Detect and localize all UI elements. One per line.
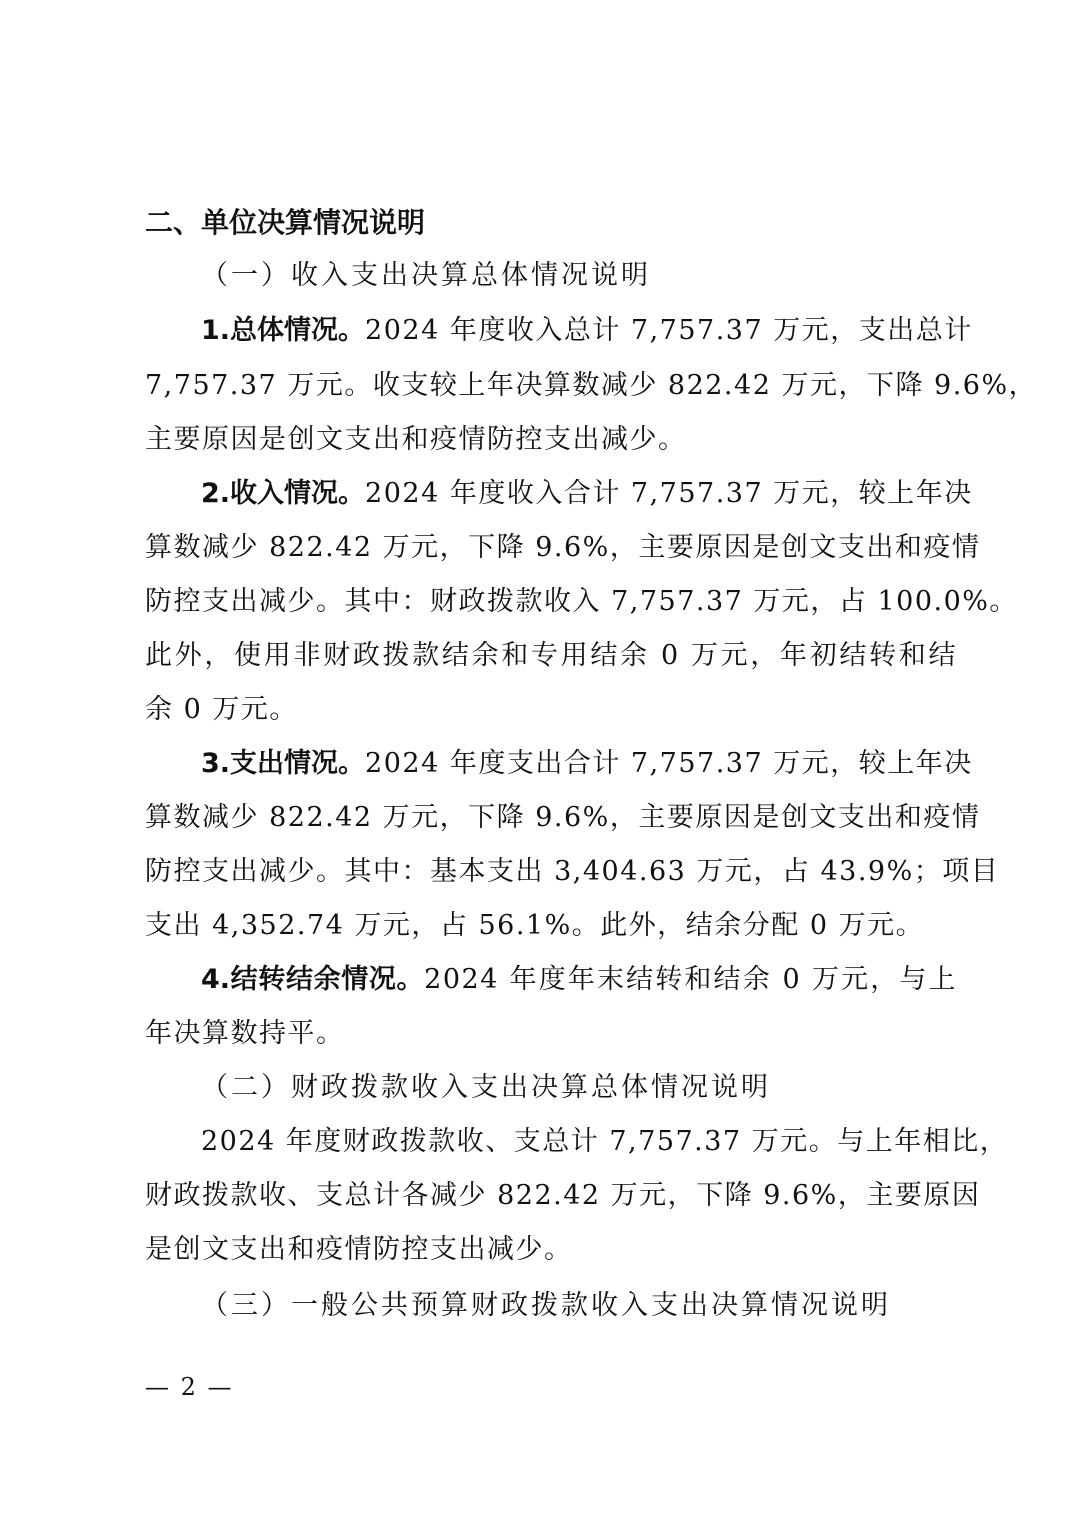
paragraph-label: 3.支出情况。	[201, 748, 365, 779]
paragraph-overall-line-1: 1.总体情况。2024 年度收入总计 7,757.37 万元，支出总计	[201, 313, 957, 349]
paragraph-income-line-1: 2.收入情况。2024 年度收入合计 7,757.37 万元，较上年决	[201, 476, 957, 512]
paragraph-expense-line-3: 防控支出减少。其中：基本支出 3,404.63 万元，占 43.9%；项目	[145, 854, 957, 890]
section-title: 二、单位决算情况说明	[145, 205, 957, 241]
paragraph-carryover-line-1: 4.结转结余情况。2024 年度年末结转和结余 0 万元，与上	[201, 962, 957, 998]
paragraph-fiscal-line-2: 财政拨款收、支总计各减少 822.42 万元，下降 9.6%，主要原因	[145, 1178, 957, 1214]
paragraph-income-line-5: 余 0 万元。	[145, 692, 957, 728]
paragraph-fiscal-line-1: 2024 年度财政拨款收、支总计 7,757.37 万元。与上年相比，	[201, 1124, 957, 1160]
document-page: 二、单位决算情况说明 （一）收入支出决算总体情况说明 1.总体情况。2024 年…	[0, 0, 1074, 1520]
paragraph-expense-line-2: 算数减少 822.42 万元，下降 9.6%，主要原因是创文支出和疫情	[145, 800, 957, 836]
paragraph-income-line-2: 算数减少 822.42 万元，下降 9.6%，主要原因是创文支出和疫情	[145, 530, 957, 566]
paragraph-income-line-3: 防控支出减少。其中：财政拨款收入 7,757.37 万元，占 100.0%。	[145, 584, 957, 620]
paragraph-expense-line-1: 3.支出情况。2024 年度支出合计 7,757.37 万元，较上年决	[201, 746, 957, 782]
subsection-2-title: （二）财政拨款收入支出决算总体情况说明	[201, 1070, 957, 1106]
subsection-3-title: （三）一般公共预算财政拨款收入支出决算情况说明	[201, 1288, 957, 1324]
paragraph-income-line-4: 此外，使用非财政拨款结余和专用结余 0 万元，年初结转和结	[145, 638, 957, 674]
paragraph-label: 1.总体情况。	[201, 315, 365, 346]
paragraph-label: 4.结转结余情况。	[201, 964, 424, 995]
paragraph-fiscal-line-3: 是创文支出和疫情防控支出减少。	[145, 1232, 957, 1268]
paragraph-label: 2.收入情况。	[201, 478, 365, 509]
paragraph-carryover-line-2: 年决算数持平。	[145, 1016, 957, 1052]
paragraph-expense-line-4: 支出 4,352.74 万元，占 56.1%。此外，结余分配 0 万元。	[145, 908, 957, 944]
page-number: — 2 —	[145, 1370, 234, 1404]
subsection-1-title: （一）收入支出决算总体情况说明	[201, 258, 957, 294]
paragraph-overall-line-3: 主要原因是创文支出和疫情防控支出减少。	[145, 422, 957, 458]
paragraph-overall-line-2: 7,757.37 万元。收支较上年决算数减少 822.42 万元，下降 9.6%…	[145, 368, 957, 404]
